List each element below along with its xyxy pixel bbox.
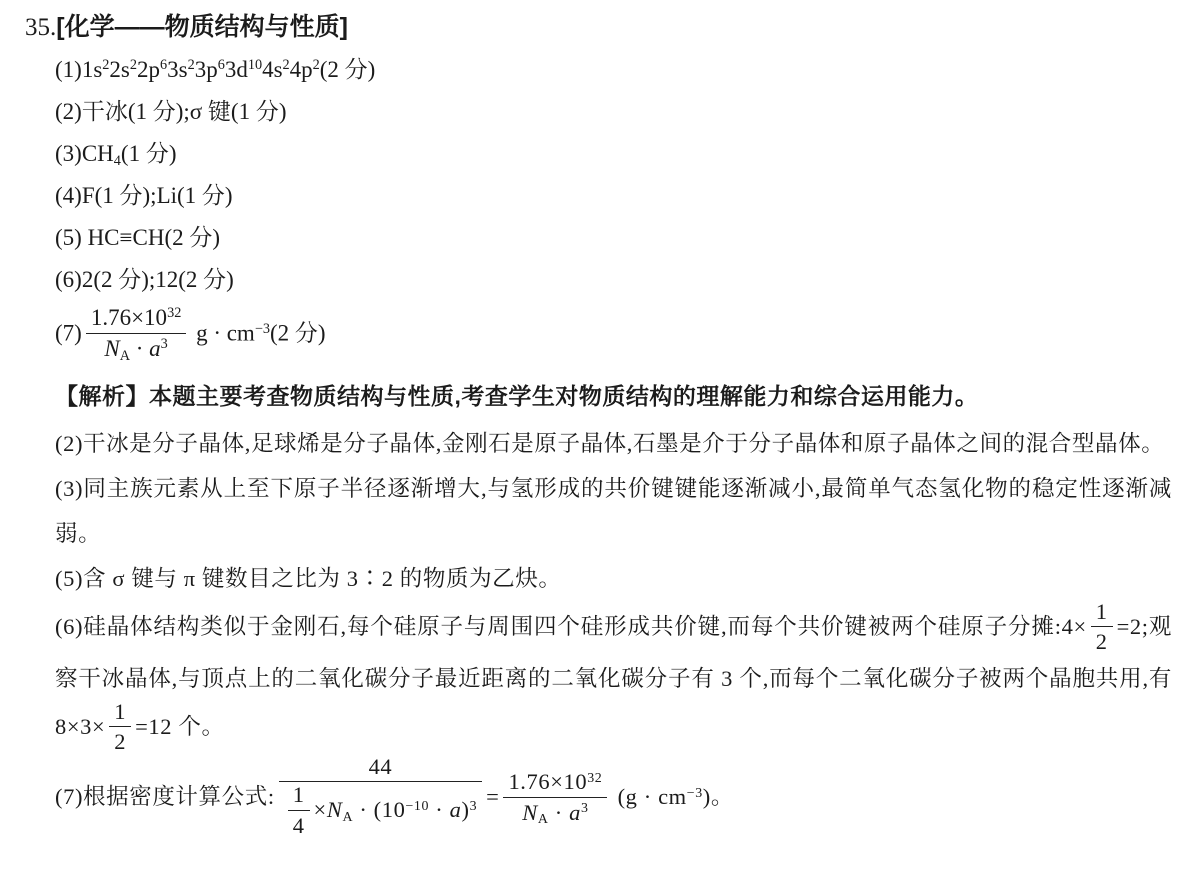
fraction: 12 <box>109 699 131 754</box>
analysis-intro-text: 本题主要考查物质结构与性质,考查学生对物质结构的理解能力和综合运用能力。 <box>149 383 978 409</box>
analysis-paragraph-2: (2)干冰是分子晶体,足球烯是分子晶体,金刚石是原子晶体,石墨是介于分子晶体和原… <box>55 421 1172 466</box>
answer-line-2: (2)干冰(1 分);σ 键(1 分) <box>55 97 1172 127</box>
analysis-paragraph-7: (7)根据密度计算公式:4414×NA · (10−10 · a)3=1.76×… <box>55 756 1172 842</box>
fraction: 1.76×1032NA · a3 <box>503 769 607 824</box>
fraction: 12 <box>1091 599 1113 654</box>
fraction: 4414×NA · (10−10 · a)3 <box>279 754 482 840</box>
answer-line-5: (5) HC≡CH(2 分) <box>55 223 1172 253</box>
fraction: 1.76×1032NA · a3 <box>86 305 186 362</box>
answer-line-4: (4)F(1 分);Li(1 分) <box>55 181 1172 211</box>
analysis-intro: 【解析】本题主要考查物质结构与性质,考查学生对物质结构的理解能力和综合运用能力。 <box>55 380 1172 412</box>
question-title: [化学——物质结构与性质] <box>56 13 348 41</box>
analysis-paragraph-3: (3)同主族元素从上至下原子半径逐渐增大,与氢形成的共价键键能逐渐减小,最简单气… <box>55 466 1172 556</box>
answer-line-1: (1)1s22s22p63s23p63d104s24p2(2 分) <box>55 55 1172 85</box>
answer-list: (1)1s22s22p63s23p63d104s24p2(2 分) (2)干冰(… <box>25 55 1172 364</box>
document-page: 35.[化学——物质结构与性质] (1)1s22s22p63s23p63d104… <box>0 0 1198 886</box>
question-number: 35. <box>25 14 56 41</box>
question-header: 35.[化学——物质结构与性质] <box>25 10 1172 45</box>
answer-line-7: (7)1.76×1032NA · a3 g · cm−3(2 分) <box>55 307 1172 364</box>
fraction: 14 <box>288 782 310 837</box>
analysis-label: 【解析】 <box>55 383 149 409</box>
analysis-paragraph-5: (5)含 σ 键与 π 键数目之比为 3∶2 的物质为乙炔。 <box>55 556 1172 601</box>
answer-line-3: (3)CH4(1 分) <box>55 139 1172 169</box>
analysis-paragraph-6: (6)硅晶体结构类似于金刚石,每个硅原子与周围四个硅形成共价键,而每个共价键被两… <box>55 601 1172 757</box>
analysis-section: 【解析】本题主要考查物质结构与性质,考查学生对物质结构的理解能力和综合运用能力。… <box>25 380 1172 842</box>
answer-line-6: (6)2(2 分);12(2 分) <box>55 265 1172 295</box>
